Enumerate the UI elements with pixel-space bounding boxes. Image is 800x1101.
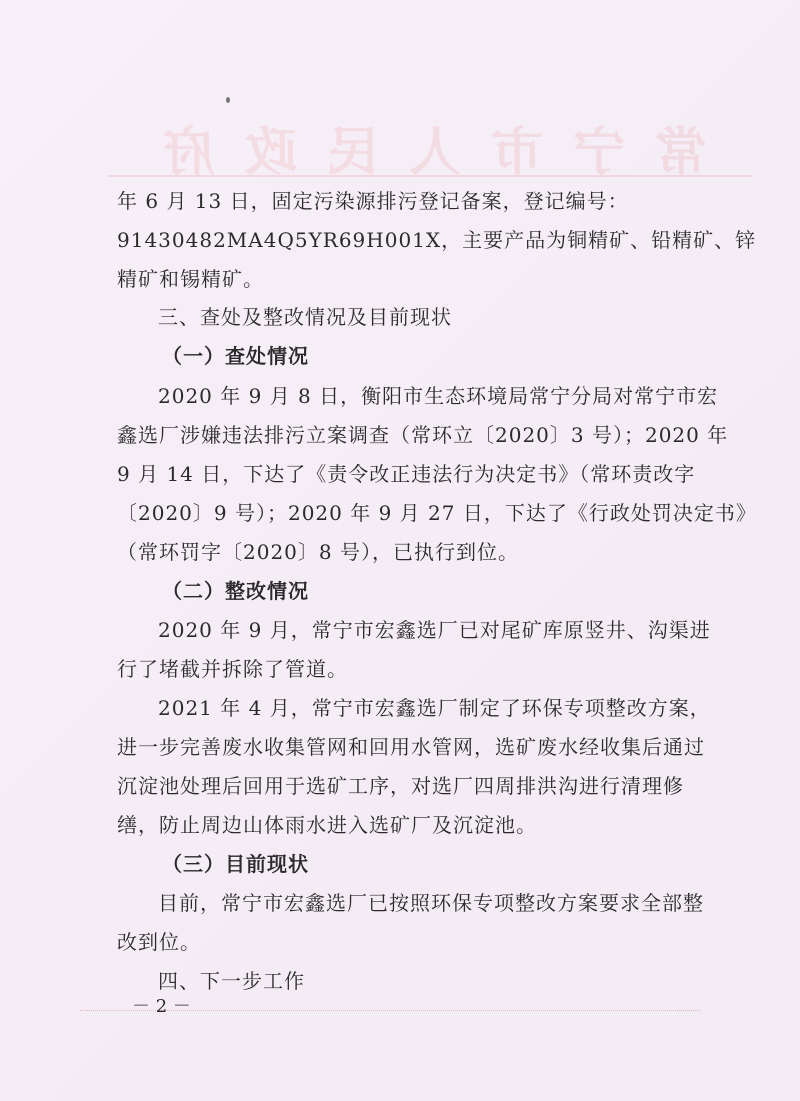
body-line: 〔2020〕9 号）；2020 年 9 月 27 日，下达了《行政处罚决定书》	[117, 497, 757, 526]
body-line: 2021 年 4 月，常宁市宏鑫选厂制定了环保专项整改方案，	[158, 692, 711, 721]
body-line: 2020 年 9 月 8 日，衡阳市生态环境局常宁分局对常宁市宏	[158, 380, 718, 409]
body-line: 9 月 14 日，下达了《责令改正违法行为决定书》（常环责改字	[117, 458, 695, 487]
body-line: 进一步完善废水收集管网和回用水管网，选矿废水经收集后通过	[117, 731, 705, 760]
body-line: 91430482MA4Q5YR69H001X，主要产品为铜精矿、铅精矿、锌	[117, 224, 756, 253]
body-line: 缮，防止周边山体雨水进入选矿厂及沉淀池。	[117, 809, 537, 838]
page-number: － 2 －	[132, 992, 191, 1018]
body-line: 沉淀池处理后回用于选矿工序，对选厂四周排洪沟进行清理修	[117, 770, 684, 799]
body-line: 改到位。	[117, 926, 201, 955]
body-line: 年 6 月 13 日，固定污染源排污登记备案，登记编号：	[117, 185, 629, 214]
section-heading: 三、查处及整改情况及目前现状	[158, 301, 452, 330]
bleed-through-rule	[108, 175, 753, 177]
body-line: （常环罚字〔2020〕8 号），已执行到位。	[117, 536, 519, 565]
subsection-heading: （三）目前现状	[162, 848, 309, 877]
ink-spot	[226, 97, 230, 103]
section-heading: 四、下一步工作	[158, 965, 305, 994]
body-line: 精矿和锡精矿。	[117, 263, 264, 292]
body-line: 目前，常宁市宏鑫选厂已按照环保专项整改方案要求全部整	[158, 887, 704, 916]
subsection-heading: （一）查处情况	[162, 340, 309, 369]
document-page: 常宁市人民政府 年 6 月 13 日，固定污染源排污登记备案，登记编号： 914…	[0, 0, 800, 1101]
subsection-heading: （二）整改情况	[162, 575, 309, 604]
body-line: 行了堵截并拆除了管道。	[117, 653, 348, 682]
body-line: 2020 年 9 月，常宁市宏鑫选厂已对尾矿库原竖井、沟渠进	[158, 614, 711, 643]
body-line: 鑫选厂涉嫌违法排污立案调查（常环立〔2020〕3 号）；2020 年	[117, 419, 728, 448]
bleed-through-header: 常宁市人民政府	[110, 110, 730, 170]
